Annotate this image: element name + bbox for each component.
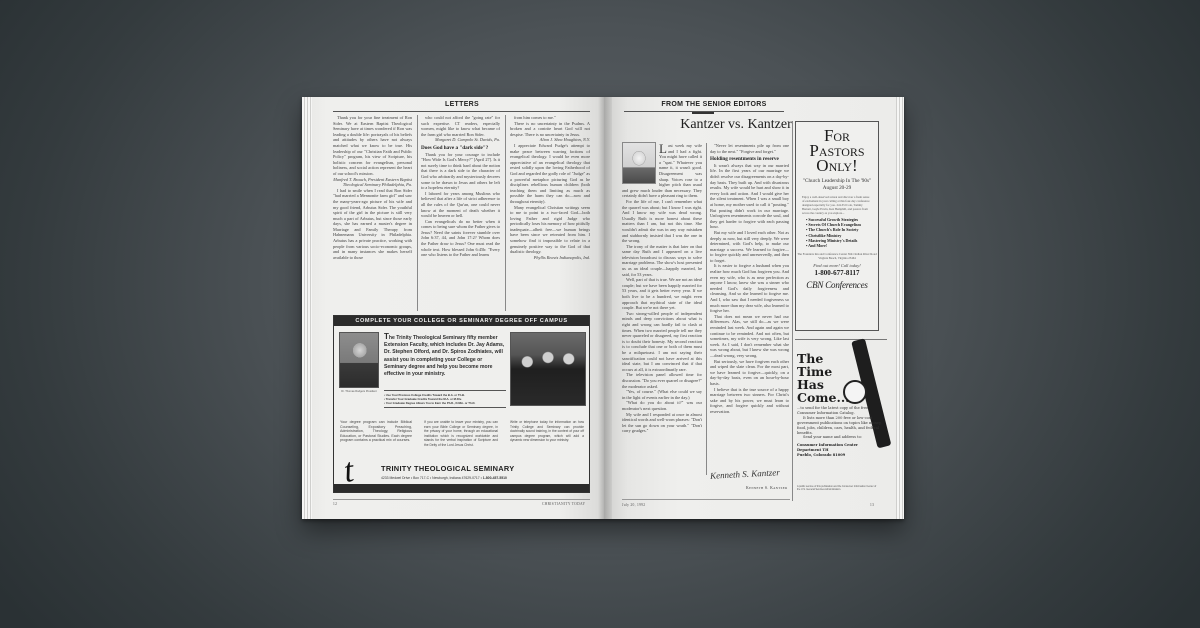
- ad-paragraph: Send your name and address to:: [797, 435, 885, 440]
- ad-paragraph: ...to send for the latest copy of the fr…: [797, 406, 885, 416]
- photo-caption: Dr. Thomas Rodgers President: [339, 390, 379, 393]
- paragraph: There is no uncertainty in the Psalms. A…: [510, 121, 590, 138]
- ad-banner: COMPLETE YOUR COLLEGE OR SEMINARY DEGREE…: [334, 316, 589, 326]
- paragraph: Many evangelical Christian writings seem…: [510, 205, 590, 255]
- section-heading: FROM THE SENIOR EDITORS: [644, 101, 784, 108]
- page-number: 13: [870, 503, 874, 507]
- page-edge-stack: [896, 97, 904, 519]
- portrait-spacer: [622, 143, 659, 185]
- ad-title-line: For Pastors: [796, 128, 878, 158]
- president-photo: [339, 332, 379, 388]
- heading-rule: [333, 111, 590, 112]
- ad-bullet: • Your Graduate Degree Allows You to Ear…: [384, 401, 506, 405]
- footer-rule: [622, 499, 790, 500]
- seminary-address: 4233 Medwel Drive • Box 717-C • Newburgh…: [381, 476, 586, 480]
- column-divider: [706, 143, 707, 475]
- ad-lead-text: The Trinity Theological Seminary fifty m…: [384, 333, 506, 378]
- subheading: Does God have a "dark side"?: [421, 146, 500, 152]
- column-divider: [505, 115, 506, 311]
- paragraph: who could not afford the "going rate" fo…: [421, 115, 500, 137]
- paragraph: I had to smile when I read that Ron Side…: [333, 188, 412, 261]
- ad-topic: • And More!: [806, 243, 878, 248]
- paragraph: Can evangelicals do no better when it co…: [421, 219, 500, 258]
- paragraph: But my wife and I loved each other. Not …: [710, 230, 789, 264]
- paragraph: I labored for years among Muslims who be…: [421, 191, 500, 219]
- paragraph: That does not mean we never had our diff…: [710, 314, 789, 359]
- right-page-editorial: FROM THE SENIOR EDITORS Kantzer vs. Kant…: [604, 97, 904, 519]
- paragraph: "Never let resentments pile up from one …: [710, 143, 789, 154]
- column-divider: [792, 121, 793, 501]
- ad-footer-bar: [334, 484, 589, 492]
- column-divider: [417, 115, 418, 311]
- paragraph: Two strong-willed people of independent …: [622, 311, 702, 373]
- paragraph: The television panel allowed time for di…: [622, 372, 702, 389]
- letters-column-1: Thank you for your fine treatment of Ron…: [333, 115, 412, 313]
- scene: LETTERS Thank you for your fine treatmen…: [0, 0, 1200, 628]
- letters-column-3: from him comes to me."There is no uncert…: [510, 115, 590, 313]
- ad-bullet-list: • Use Your Previous College Credits Towa…: [384, 390, 506, 408]
- paragraph: "Yes, of course." (What else could we sa…: [622, 389, 702, 400]
- footer-rule: [333, 499, 590, 500]
- ad-lead-body: he Trinity Theological Seminary fifty me…: [384, 335, 504, 377]
- ad-headline: The Time Has Come...: [797, 352, 850, 404]
- ad-phone: 1-800-677-8117: [796, 269, 878, 277]
- ad-paragraph: It lists more than 200 free or low-cost …: [797, 416, 885, 436]
- venue-address: The Founders Inn and Conference Center 5…: [796, 252, 878, 260]
- paragraph: I appreciate Edward Fudge's attempt to m…: [510, 143, 590, 205]
- issue-date: July 20, 1992: [622, 503, 645, 507]
- paragraph: It is easier to forgive a husband when y…: [710, 263, 789, 313]
- article-column-1: Last week my wife and I had a fight. You…: [622, 143, 702, 481]
- left-page-letters: LETTERS Thank you for your fine treatmen…: [302, 97, 604, 519]
- letter-signature: Margaret D. Campolo St. Davids, Pa.: [421, 137, 500, 143]
- paragraph: The irony of the matter is that later on…: [622, 244, 702, 278]
- paragraph: I believe that is the true source of a h…: [710, 387, 789, 415]
- address-line: Pueblo, Colorado 81009: [797, 453, 885, 458]
- paragraph: Thank you for your fine treatment of Ron…: [333, 115, 412, 177]
- seminary-phone: 1-800-457-5510: [483, 476, 507, 480]
- page-number: 12: [333, 502, 337, 506]
- for-pastors-only-ad: For PastorsOnly! "Church Leadership In T…: [795, 121, 879, 331]
- paragraph: It wasn't always that way in our married…: [710, 163, 789, 230]
- ad-text-column-2: If you are unable to leave your ministry…: [424, 420, 498, 448]
- paragraph: "What do you do about it?" was our moder…: [622, 400, 702, 411]
- article-column-2: "Never let resentments pile up from one …: [710, 143, 789, 471]
- heading-accent: [692, 112, 714, 114]
- trinity-seminary-ad: COMPLETE YOUR COLLEGE OR SEMINARY DEGREE…: [333, 315, 590, 493]
- ad-body: Enjoy a well-deserved retreat and discov…: [802, 195, 872, 215]
- paragraph: Well, part of that is true. We are not a…: [622, 277, 702, 311]
- paragraph: But seriously, we have forgiven each oth…: [710, 359, 789, 387]
- graduates-photo: [510, 332, 586, 406]
- page-edge-stack: [302, 97, 312, 519]
- ad-text-column-1: Your degree program can include Biblical…: [340, 420, 412, 443]
- ad-text-column-3: Write or telephone today for information…: [510, 420, 584, 443]
- section-heading: LETTERS: [432, 101, 492, 108]
- ad-title: For PastorsOnly!: [796, 128, 878, 173]
- paragraph: For the life of me, I can't remember wha…: [622, 199, 702, 244]
- address-text: 4233 Medwel Drive • Box 717-C • Newburgh…: [381, 476, 482, 480]
- drop-cap: L: [659, 144, 667, 154]
- ad-title-line: Only!: [796, 158, 878, 173]
- call-to-action: Find out more! Call today!: [796, 263, 878, 268]
- seminary-name: TRINITY THEOLOGICAL SEMINARY: [381, 464, 515, 473]
- open-magazine: LETTERS Thank you for your fine treatmen…: [302, 97, 904, 519]
- spine-gutter: [598, 97, 612, 519]
- author-byline: Kenneth S. Kantzer: [746, 486, 787, 490]
- trinity-logo-icon: t: [342, 453, 376, 487]
- ad-topic-list: • Successful Growth Strategies • Secrets…: [806, 217, 878, 248]
- ad-footnote: A public service of this publication and…: [797, 485, 877, 491]
- ad-subtitle: "Church Leadership In The '90s": [796, 178, 878, 184]
- magazine-name: CHRISTIANITY TODAY: [542, 502, 585, 506]
- letter-signature: Manfred T. Brauch, President Eastern Bap…: [333, 177, 412, 188]
- letter-signature: Phyllis Reavis Indianapolis, Ind.: [510, 255, 590, 261]
- paragraph: Thank you for your courage to include "H…: [421, 152, 500, 191]
- ad-dates: August 20-29: [796, 185, 878, 191]
- headline-line: Come...: [797, 391, 850, 404]
- paragraph: My wife and I responded at once in almos…: [622, 412, 702, 434]
- letters-column-2: who could not afford the "going rate" fo…: [421, 115, 500, 313]
- cbn-conferences-logo: CBN Conferences: [796, 280, 878, 290]
- subheading: Holding resentments in reserve: [710, 157, 789, 163]
- consumer-info-ad: The Time Has Come... ...to send for the …: [795, 339, 887, 511]
- ad-body: ...to send for the latest copy of the fr…: [797, 406, 885, 458]
